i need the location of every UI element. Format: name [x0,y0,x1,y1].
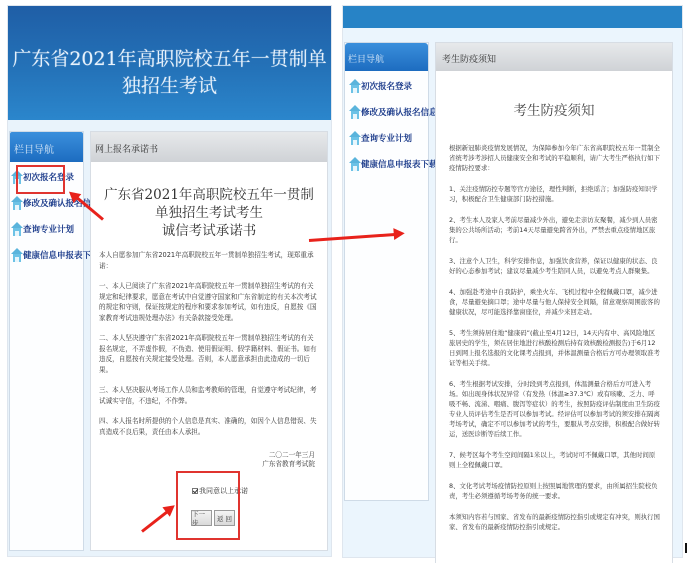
left-screen-registration-pledge: 广东省2021年高职院校五年一贯制单独招生考试 栏目导航 初次报名登录 修改及确… [7,5,332,557]
document-body: 本人自愿参加广东省2021年高职院校五年一贯制单独招生考试，现郑重承诺： 一、本… [91,250,327,437]
paragraph: 本人自愿参加广东省2021年高职院校五年一贯制单独招生考试，现郑重承诺： [99,250,319,271]
house-icon [350,157,360,171]
text-cursor [685,543,687,553]
nav-item-health-form-download[interactable]: 健康信息申报表下载 [12,244,83,266]
document-body: 根据新冠肺炎疫情发展情况，为保障参加今年广东省高职院校五年一贯制全省统考涉考涉招… [436,143,672,532]
notice-item: 5、考生须持居住地“健康码”(截止至4月12日，14天内有中、高风险地区旅居史的… [449,328,661,368]
closing-paragraph: 本须知内容若与国家、省发布的最新疫情防控指引或规定有冲突，则执行国家、省发布的最… [449,512,661,532]
paragraph: 三、本人坚决服从考场工作人员和监考教师的管理，自觉遵守考试纪律，考试诚实守信，不… [99,385,319,406]
paragraph: 四、本人报名时所提供的个人信息是真实、准确的，如因个人信息错误、失真造成不良后果… [99,416,319,437]
document-title-line2: 诚信考试承诺书 [101,222,317,240]
document-title: 广东省2021年高职院校五年一贯制单独招生考试考生 诚信考试承诺书 [91,186,327,240]
house-icon [350,79,360,93]
nav-item-label: 查询专业计划 [23,223,74,235]
composite-screenshot: 广东省2021年高职院校五年一贯制单独招生考试 栏目导航 初次报名登录 修改及确… [0,0,689,563]
panel-title: 网上报名承诺书 [91,132,327,162]
nav-header: 栏目导航 [345,43,428,71]
nav-item-label: 查询专业计划 [361,132,412,144]
house-icon [12,222,22,236]
right-screen-epidemic-notice: 栏目导航 初次报名登录 修改及确认报名信息 查询专业计划 健康信息申报表下载 考… [342,5,683,558]
notice-item: 1、关注疫情防控专题等官方途径，理性判断，拒绝谣言；加强防疫知识学习，积极配合卫… [449,184,661,204]
notice-item: 4、加强赴考途中自我防护，乘坐火车、飞机过程中全程佩戴口罩，减少进食，尽量避免摘… [449,287,661,317]
house-icon [350,131,360,145]
nav-item-initial-login[interactable]: 初次报名登录 [350,75,428,97]
signature-block: 二〇二一年三月 广东省教育考试院 [91,451,327,469]
notice-item: 8、文化考试考场疫情防控原则上按照属地管理的要求，由所属招生院校负责，考生必须遵… [449,481,661,501]
nav-item-label: 初次报名登录 [361,80,412,92]
paragraph: 二、本人坚决遵守广东省2021年高职院校五年一贯制单独招生考试的有关报名规定，不… [99,333,319,375]
intro-paragraph: 根据新冠肺炎疫情发展情况，为保障参加今年广东省高职院校五年一贯制全省统考涉考涉招… [449,143,661,173]
site-banner [343,6,682,28]
document-date: 二〇二一年三月 [91,451,315,460]
house-icon [12,196,22,210]
notice-item: 7、候考区每个考生空间间隔1米以上，考试时可不佩戴口罩，其他时间原则上全程佩戴口… [449,450,661,470]
site-banner: 广东省2021年高职院校五年一贯制单独招生考试 [8,6,331,120]
nav-item-label: 健康信息申报表下载 [361,158,438,170]
notice-item: 6、考生根据考试安排，分时段到考点报到，体温测量合格后方可进入考场。如出现身体状… [449,379,661,439]
nav-panel: 栏目导航 初次报名登录 修改及确认报名信息 查询专业计划 健康信息申报表下载 [344,42,429,501]
notice-item: 2、考生本人及家人考前尽量减少外出，避免走亲访友聚餐，减少到人员密集的公共场所活… [449,215,661,245]
nav-header: 栏目导航 [10,132,83,162]
notice-panel: 考生防疫须知 考生防疫须知 根据新冠肺炎疫情发展情况，为保障参加今年广东省高职院… [435,42,673,563]
document-title-line1: 广东省2021年高职院校五年一贯制单独招生考试考生 [101,186,317,222]
panel-title: 考生防疫须知 [436,43,672,71]
nav-item-query-plan[interactable]: 查询专业计划 [12,218,83,240]
nav-item-health-form-download[interactable]: 健康信息申报表下载 [350,153,428,175]
nav-item-label: 健康信息申报表下载 [23,249,100,261]
house-icon [12,248,22,262]
document-title: 考生防疫须知 [436,99,672,119]
highlight-box-agree [176,471,240,540]
nav-item-label: 修改及确认报名信息 [361,106,438,118]
nav-item-query-plan[interactable]: 查询专业计划 [350,127,428,149]
highlight-box-initial-login [16,165,65,194]
paragraph: 一、本人已阅读了广东省2021年高职院校五年一贯制单独招生考试的有关规定和纪律要… [99,281,319,323]
nav-item-modify-confirm[interactable]: 修改及确认报名信息 [350,101,428,123]
banner-title: 广东省2021年高职院校五年一贯制单独招生考试 [8,44,331,98]
house-icon [350,105,360,119]
notice-item: 3、注意个人卫生，科学安排作息，加强饮食营养，保证以健康的状态、良好的心态参加考… [449,256,661,276]
